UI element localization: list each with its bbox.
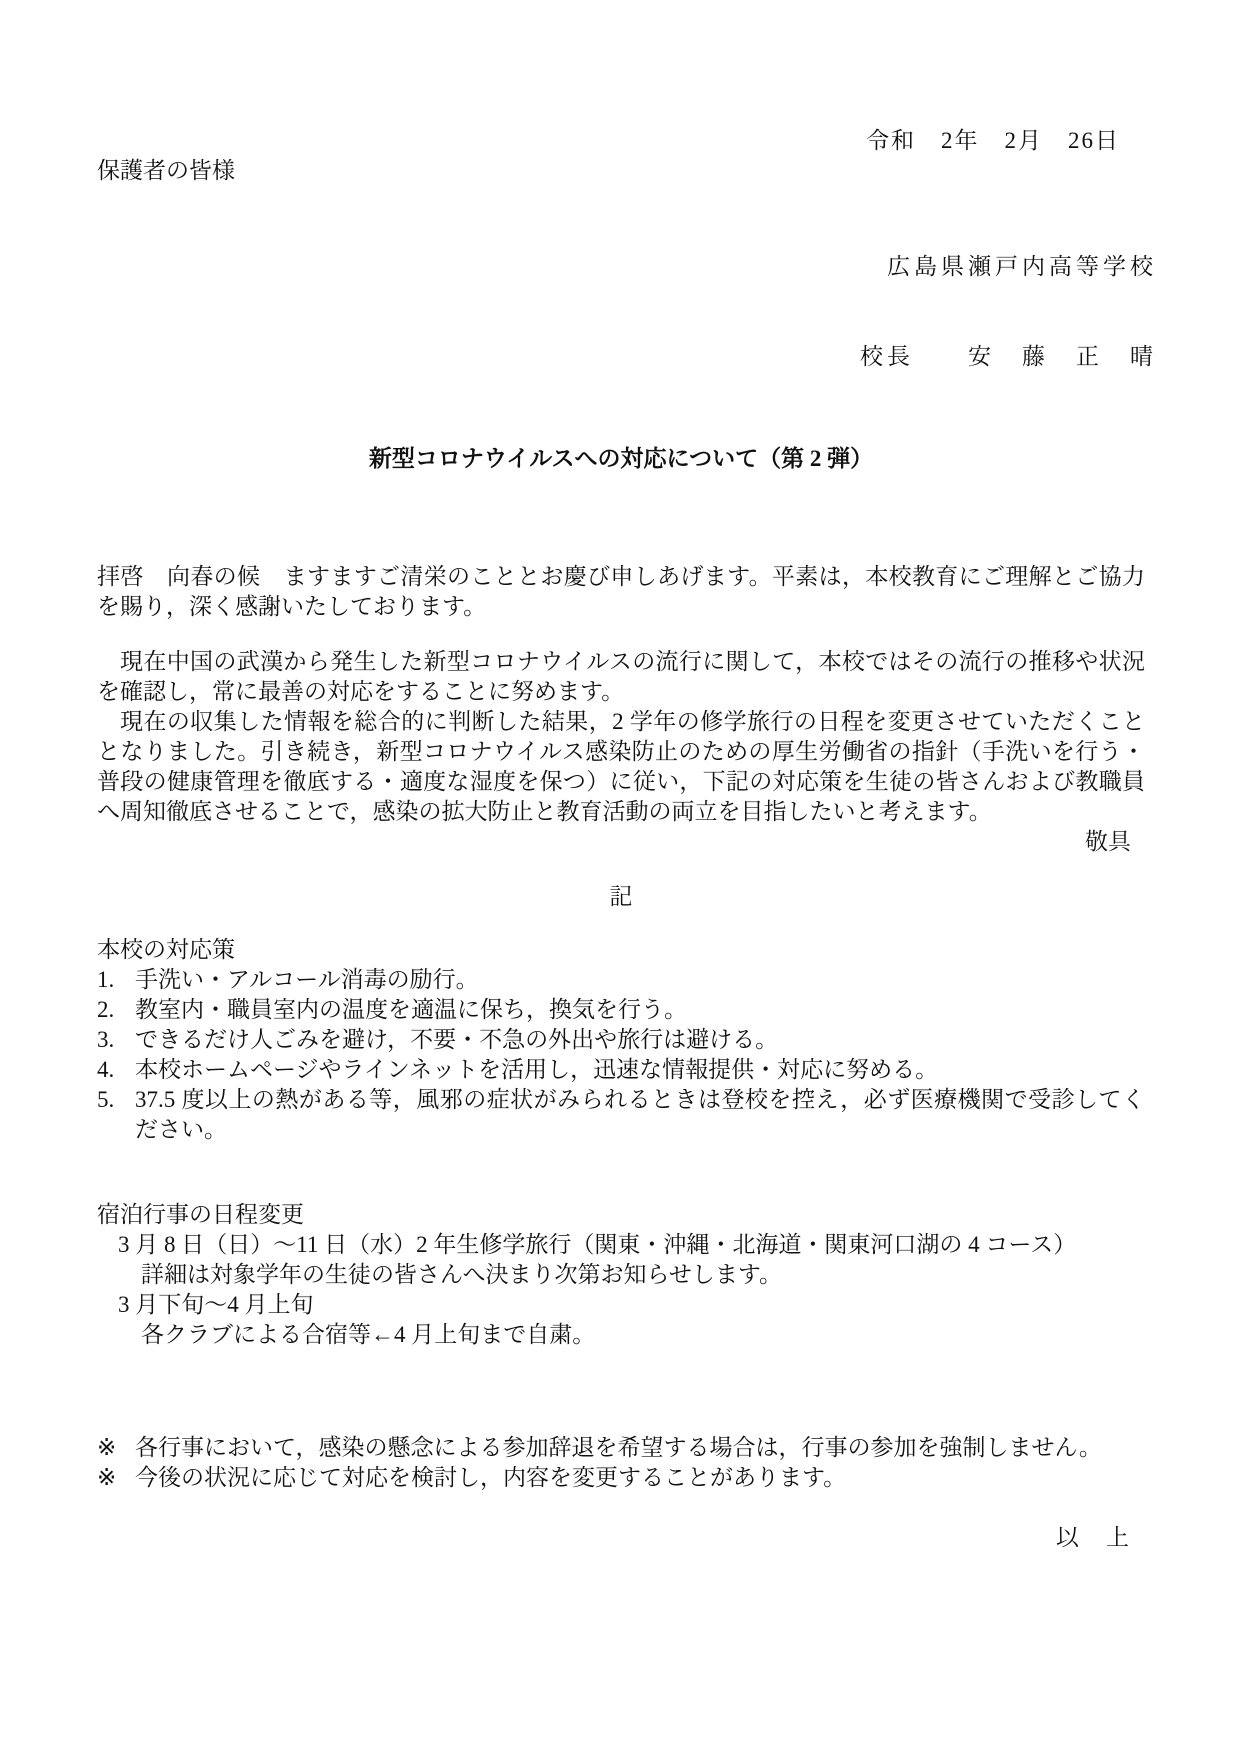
schedule-entry-period: 3 月下旬～4 月上旬 <box>97 1290 1145 1320</box>
notes-section: ※ 各行事において，感染の懸念による参加辞退を希望する場合は，行事の参加を強制し… <box>97 1433 1145 1493</box>
sender-school: 広島県瀬戸内高等学校 <box>97 252 1157 282</box>
schedule-entry-period: 3 月 8 日（日）～11 日（水）2 年生修学旅行（関東・沖縄・北海道・関東河… <box>97 1230 1145 1260</box>
measure-item-text: 教室内・職員室内の温度を適温に保ち，換気を行う。 <box>135 995 1145 1025</box>
sender-block: 広島県瀬戸内高等学校 校長 安 藤 正 晴 <box>97 192 1157 432</box>
measure-item-text: 手洗い・アルコール消毒の励行。 <box>135 965 1145 995</box>
measure-item-text: 本校ホームページやラインネットを活用し，迅速な情報提供・対応に努める。 <box>135 1055 1145 1085</box>
recipient-line: 保護者の皆様 <box>97 156 1145 186</box>
measure-item-number: 3. <box>97 1025 135 1055</box>
measure-item-number: 5. <box>97 1085 135 1145</box>
measures-section: 本校の対応策 1. 手洗い・アルコール消毒の励行。 2. 教室内・職員室内の温度… <box>97 935 1145 1145</box>
schedule-section: 宿泊行事の日程変更 3 月 8 日（日）～11 日（水）2 年生修学旅行（関東・… <box>97 1200 1145 1350</box>
measure-item-number: 4. <box>97 1055 135 1085</box>
document-date: 令和 2年 2月 26日 <box>97 126 1145 156</box>
note-marker: ※ <box>97 1433 135 1463</box>
closing-keigu: 敬具 <box>97 827 1145 857</box>
note-text: 今後の状況に応じて対応を検討し，内容を変更することがあります。 <box>135 1463 1145 1493</box>
measure-item-number: 1. <box>97 965 135 995</box>
note-marker: ※ <box>97 1463 135 1493</box>
schedule-heading: 宿泊行事の日程変更 <box>97 1200 1145 1230</box>
note-text: 各行事において，感染の懸念による参加辞退を希望する場合は，行事の参加を強制しませ… <box>135 1433 1145 1463</box>
sender-principal: 校長 安 藤 正 晴 <box>97 342 1157 372</box>
measure-item: 2. 教室内・職員室内の温度を適温に保ち，換気を行う。 <box>97 995 1145 1025</box>
end-marker: 以 上 <box>97 1523 1145 1553</box>
measure-item: 3. できるだけ人ごみを避け，不要・不急の外出や旅行は避ける。 <box>97 1025 1145 1055</box>
measure-item-number: 2. <box>97 995 135 1025</box>
note-item: ※ 各行事において，感染の懸念による参加辞退を希望する場合は，行事の参加を強制し… <box>97 1433 1145 1463</box>
document-title: 新型コロナウイルスへの対応について（第 2 弾） <box>97 444 1145 474</box>
record-marker: 記 <box>97 882 1145 912</box>
document-page: 令和 2年 2月 26日 保護者の皆様 広島県瀬戸内高等学校 校長 安 藤 正 … <box>0 0 1239 1754</box>
measure-item-text: できるだけ人ごみを避け，不要・不急の外出や旅行は避ける。 <box>135 1025 1145 1055</box>
measure-item: 1. 手洗い・アルコール消毒の励行。 <box>97 965 1145 995</box>
note-item: ※ 今後の状況に応じて対応を検討し，内容を変更することがあります。 <box>97 1463 1145 1493</box>
body-paragraph-1: 現在中国の武漢から発生した新型コロナウイルスの流行に関して，本校ではその流行の推… <box>97 647 1145 707</box>
measure-item: 4. 本校ホームページやラインネットを活用し，迅速な情報提供・対応に努める。 <box>97 1055 1145 1085</box>
greeting-paragraph: 拝啓 向春の候 ますますご清栄のこととお慶び申しあげます。平素は，本校教育にご理… <box>97 562 1145 622</box>
measures-heading: 本校の対応策 <box>97 935 1145 965</box>
measure-item-text: 37.5 度以上の熱がある等，風邪の症状がみられるときは登校を控え，必ず医療機関… <box>135 1085 1145 1145</box>
body-paragraph-2: 現在の収集した情報を総合的に判断した結果，2 学年の修学旅行の日程を変更させてい… <box>97 707 1145 827</box>
measure-item: 5. 37.5 度以上の熱がある等，風邪の症状がみられるときは登校を控え，必ず医… <box>97 1085 1145 1145</box>
schedule-entry-detail: 各クラブによる合宿等←4 月上旬まで自粛。 <box>97 1320 1145 1350</box>
schedule-entry-detail: 詳細は対象学年の生徒の皆さんへ決まり次第お知らせします。 <box>97 1260 1145 1290</box>
